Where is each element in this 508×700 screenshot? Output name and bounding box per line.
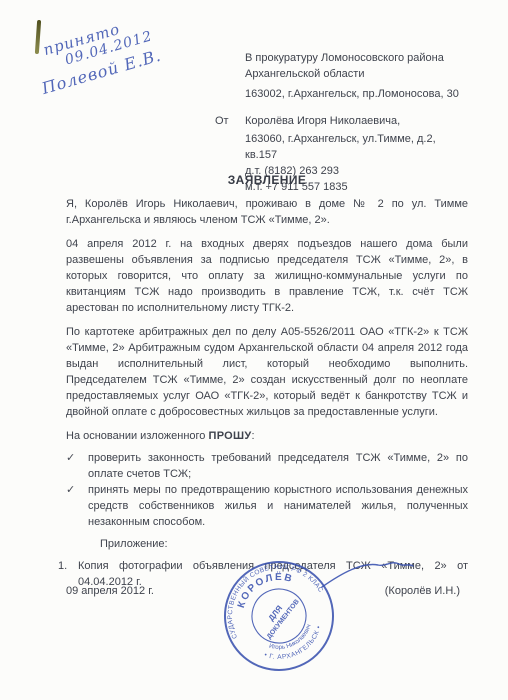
request-item: ✓ проверить законность требований предсе… bbox=[66, 450, 468, 482]
request-list: ✓ проверить законность требований предсе… bbox=[66, 450, 468, 530]
scanned-document-page: принято 09.04.2012 Полевой Е.В. В прокур… bbox=[0, 0, 508, 700]
document-body: Я, Королёв Игорь Николаевич, проживаю в … bbox=[66, 196, 468, 590]
request-intro-pre: На основании изложенного bbox=[66, 430, 208, 442]
signature-stroke bbox=[320, 556, 415, 591]
recipient-address: 163002, г.Архангельск, пр.Ломоносова, 30 bbox=[245, 86, 470, 102]
paragraph-intro-self: Я, Королёв Игорь Николаевич, проживаю в … bbox=[66, 196, 468, 228]
sender-address: 163060, г.Архангельск, ул.Тимме, д.2, кв… bbox=[245, 131, 470, 163]
sender-row: От Королёва Игоря Николаевича, bbox=[215, 113, 470, 129]
recipient-line-1: В прокуратуру Ломоносовского района bbox=[245, 50, 470, 66]
document-title: ЗАЯВЛЕНИЕ bbox=[66, 173, 468, 187]
checkmark-icon: ✓ bbox=[66, 450, 88, 482]
sender-name: Королёва Игоря Николаевича, bbox=[245, 113, 400, 129]
request-item-text: принять меры по предотвращению корыстног… bbox=[88, 482, 468, 530]
recipient-line-2: Архангельской области bbox=[245, 66, 470, 82]
request-item: ✓ принять меры по предотвращению корыстн… bbox=[66, 482, 468, 530]
attachments-label: Приложение: bbox=[100, 536, 468, 552]
received-handwritten-note: принято 09.04.2012 Полевой Е.В. bbox=[30, 12, 163, 97]
checkmark-icon: ✓ bbox=[66, 482, 88, 530]
request-intro: На основании изложенного ПРОШУ: bbox=[66, 428, 468, 444]
paragraph-announcements: 04 апреля 2012 г. на входных дверях подъ… bbox=[66, 236, 468, 316]
request-intro-emphasis: ПРОШУ bbox=[208, 430, 251, 442]
document-date: 09 апреля 2012 г. bbox=[66, 585, 154, 597]
paragraph-court-case: По картотеке арбитражных дел по делу А05… bbox=[66, 324, 468, 420]
request-intro-post: : bbox=[252, 430, 255, 442]
recipient-block: В прокуратуру Ломоносовского района Арха… bbox=[245, 50, 470, 102]
from-label: От bbox=[215, 113, 245, 129]
request-item-text: проверить законность требований председа… bbox=[88, 450, 468, 482]
